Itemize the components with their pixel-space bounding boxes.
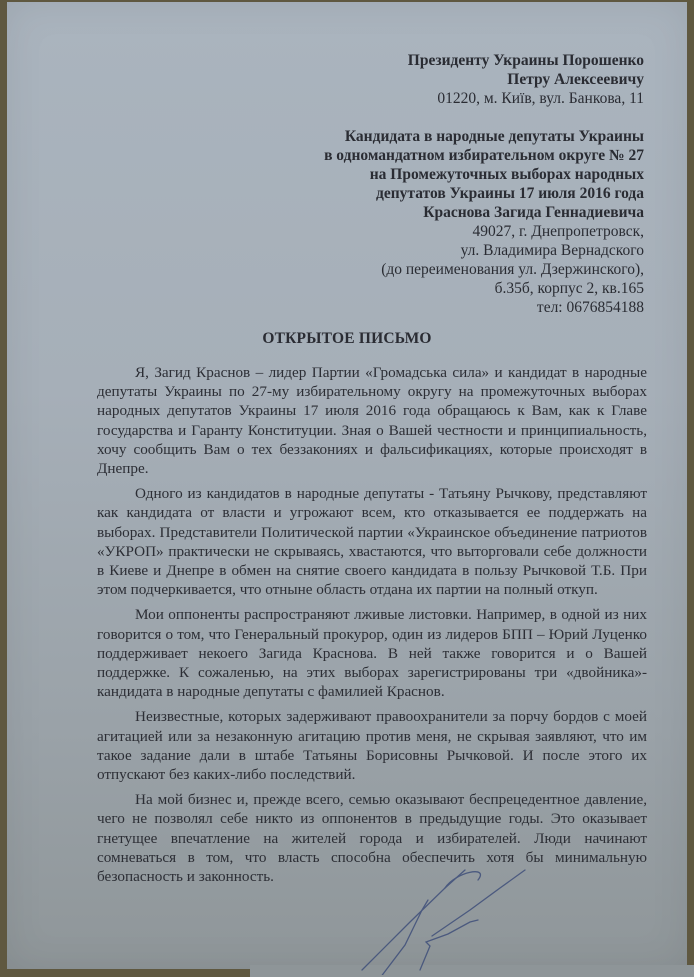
sender-title-line: Кандидата в народные депутаты Украины	[324, 127, 644, 146]
sender-block: Кандидата в народные депутаты Украины в …	[324, 127, 644, 317]
paragraph: Неизвестные, которых задерживают правоох…	[97, 707, 647, 784]
recipient-address: 01220, м. Київ, вул. Банкова, 11	[408, 89, 644, 108]
sender-title-line: депутатов Украины 17 июля 2016 года	[324, 184, 644, 203]
signature-icon	[350, 860, 530, 975]
paragraph: Одного из кандидатов в народные депутаты…	[97, 484, 647, 599]
sender-phone: тел: 0676854188	[324, 298, 644, 317]
recipient-line-1: Президенту Украины Порошенко	[408, 51, 644, 70]
letter-title: ОТКРЫТОЕ ПИСЬМО	[0, 330, 694, 348]
recipient-block: Президенту Украины Порошенко Петру Алекс…	[408, 51, 644, 108]
recipient-line-2: Петру Алексеевичу	[408, 70, 644, 89]
paragraph: Мои оппоненты распространяют лживые лист…	[97, 605, 647, 701]
paragraph: Я, Загид Краснов – лидер Партии «Громадс…	[97, 363, 647, 478]
sender-name: Краснова Загида Геннадиевича	[324, 203, 644, 222]
letter-body: Я, Загид Краснов – лидер Партии «Громадс…	[97, 363, 647, 892]
sender-address-line: (до переименования ул. Дзержинского),	[324, 260, 644, 279]
sender-title-line: в одномандатном избирательном округе № 2…	[324, 146, 644, 165]
sender-title-line: на Промежуточных выборах народных	[324, 165, 644, 184]
sender-address-line: 49027, г. Днепропетровск,	[324, 222, 644, 241]
sender-address-line: б.35б, корпус 2, кв.165	[324, 279, 644, 298]
sender-address-line: ул. Владимира Вернадского	[324, 241, 644, 260]
